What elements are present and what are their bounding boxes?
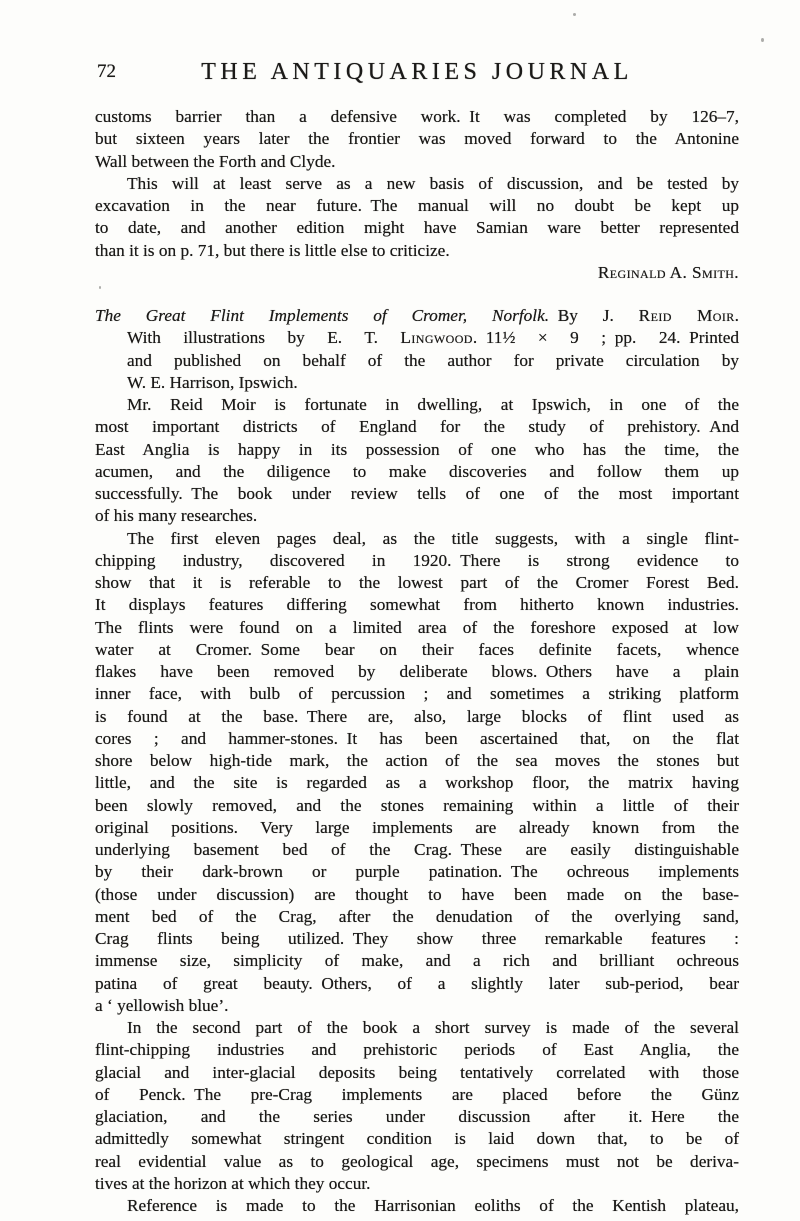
text-segment: With illustrations by E. T. — [127, 328, 400, 347]
text-segment: is found at the base. There are, also, l… — [95, 707, 739, 726]
text-segment: (those under discussion) are thought to … — [95, 885, 739, 904]
text-segment: of his many researches. — [95, 506, 257, 525]
text-segment: . 11½ × 9 ; pp. 24. Printed — [473, 328, 739, 347]
small-caps-name: Reid Moir — [639, 306, 735, 325]
scan-speck — [573, 13, 576, 16]
text-line: by their dark-brown or purple patination… — [95, 861, 739, 883]
text-segment: than it is on p. 71, but there is little… — [95, 241, 450, 260]
text-line: The Great Flint Implements of Cromer, No… — [95, 305, 739, 327]
text-line: W. E. Harrison, Ipswich. — [95, 372, 739, 394]
text-segment: glaciation, and the series under discuss… — [95, 1107, 739, 1126]
scanned-journal-page: 72 THE ANTIQUARIES JOURNAL customs barri… — [0, 0, 800, 1221]
text-segment: excavation in the near future. The manua… — [95, 196, 739, 215]
text-line: immense size, simplicity of make, and a … — [95, 950, 739, 972]
text-segment: This will at least serve as a new basis … — [127, 174, 739, 193]
text-segment: glacial and inter-glacial deposits being… — [95, 1063, 739, 1082]
text-line: most important districts of England for … — [95, 416, 739, 438]
paragraph: The first eleven pages deal, as the titl… — [95, 528, 739, 1018]
reviewer-signature: Reginald A. Smith. — [95, 262, 739, 284]
text-segment: shore below high-tide mark, the action o… — [95, 751, 739, 770]
text-segment: Crag flints being utilized. They show th… — [95, 929, 739, 948]
text-segment: ment bed of the Crag, after the denudati… — [95, 907, 739, 926]
text-line: of Penck. The pre-Crag implements are pl… — [95, 1084, 739, 1106]
scan-speck — [761, 38, 764, 42]
text-line: of his many researches. — [95, 505, 739, 527]
text-segment: Reference is made to the Harrisonian eol… — [127, 1196, 739, 1215]
book-title-italic: The Great Flint Implements of Cromer, No… — [95, 306, 549, 325]
text-segment: admittedly somewhat stringent condition … — [95, 1129, 739, 1148]
paragraph: Reference is made to the Harrisonian eol… — [95, 1195, 739, 1217]
text-segment: been slowly removed, and the stones rema… — [95, 796, 739, 815]
text-line: and published on behalf of the author fo… — [95, 350, 739, 372]
text-line: (those under discussion) are thought to … — [95, 884, 739, 906]
text-segment: water at Cromer. Some bear on their face… — [95, 640, 739, 659]
text-line: Mr. Reid Moir is fortunate in dwelling, … — [95, 394, 739, 416]
text-segment: of Penck. The pre-Crag implements are pl… — [95, 1085, 739, 1104]
paragraph: Mr. Reid Moir is fortunate in dwelling, … — [95, 394, 739, 528]
text-block: 72 THE ANTIQUARIES JOURNAL customs barri… — [95, 58, 739, 1217]
text-line: underlying basement bed of the Crag. The… — [95, 839, 739, 861]
text-line: In the second part of the book a short s… — [95, 1017, 739, 1039]
text-segment: tives at the horizon at which they occur… — [95, 1174, 370, 1193]
text-segment: and published on behalf of the author fo… — [127, 351, 739, 370]
text-line: excavation in the near future. The manua… — [95, 195, 739, 217]
text-segment: immense size, simplicity of make, and a … — [95, 951, 739, 970]
text-line: cores ; and hammer-stones. It has been a… — [95, 728, 739, 750]
text-line: real evidential value as to geological a… — [95, 1151, 739, 1173]
text-segment: a ‘ yellowish blue’. — [95, 996, 228, 1015]
text-segment: In the second part of the book a short s… — [127, 1018, 739, 1037]
text-line: a ‘ yellowish blue’. — [95, 995, 739, 1017]
text-line: glaciation, and the series under discuss… — [95, 1106, 739, 1128]
text-segment: to date, and another edition might have … — [95, 218, 739, 237]
text-segment: real evidential value as to geological a… — [95, 1152, 739, 1171]
running-head-journal-title: THE ANTIQUARIES JOURNAL — [95, 58, 739, 86]
text-line: been slowly removed, and the stones rema… — [95, 795, 739, 817]
text-line: customs barrier than a defensive work. I… — [95, 106, 739, 128]
text-segment: flint-chipping industries and prehistori… — [95, 1040, 739, 1059]
text-segment: The first eleven pages deal, as the titl… — [127, 529, 739, 548]
text-line: This will at least serve as a new basis … — [95, 173, 739, 195]
text-segment: inner face, with bulb of percussion ; an… — [95, 684, 739, 703]
text-segment: customs barrier than a defensive work. I… — [95, 107, 739, 126]
text-segment: W. E. Harrison, Ipswich. — [127, 373, 298, 392]
page-header: 72 THE ANTIQUARIES JOURNAL — [95, 58, 739, 86]
text-line: but sixteen years later the frontier was… — [95, 128, 739, 150]
text-line: is found at the base. There are, also, l… — [95, 706, 739, 728]
text-line: The first eleven pages deal, as the titl… — [95, 528, 739, 550]
book-review-heading: The Great Flint Implements of Cromer, No… — [95, 305, 739, 394]
text-segment: most important districts of England for … — [95, 417, 739, 436]
text-segment: patina of great beauty. Others, of a sli… — [95, 974, 739, 993]
text-segment: Mr. Reid Moir is fortunate in dwelling, … — [127, 395, 739, 414]
small-caps-name: Reginald A. Smith. — [598, 263, 739, 282]
text-line: acumen, and the diligence to make discov… — [95, 461, 739, 483]
text-line: glacial and inter-glacial deposits being… — [95, 1062, 739, 1084]
text-line: shore below high-tide mark, the action o… — [95, 750, 739, 772]
paragraph: In the second part of the book a short s… — [95, 1017, 739, 1195]
text-segment: little, and the site is regarded as a wo… — [95, 773, 739, 792]
text-segment: original positions. Very large implement… — [95, 818, 739, 837]
text-segment: by their dark-brown or purple patination… — [95, 862, 739, 881]
text-line: Reginald A. Smith. — [95, 262, 739, 284]
text-line: to date, and another edition might have … — [95, 217, 739, 239]
text-line: ment bed of the Crag, after the denudati… — [95, 906, 739, 928]
text-segment: It displays features differing somewhat … — [95, 595, 739, 614]
text-line: It displays features differing somewhat … — [95, 594, 739, 616]
text-line: little, and the site is regarded as a wo… — [95, 772, 739, 794]
text-line: than it is on p. 71, but there is little… — [95, 240, 739, 262]
text-segment: . — [735, 306, 739, 325]
text-segment: The flints were found on a limited area … — [95, 618, 739, 637]
text-line: inner face, with bulb of percussion ; an… — [95, 683, 739, 705]
text-line: flakes have been removed by deliberate b… — [95, 661, 739, 683]
text-segment: successfully. The book under review tell… — [95, 484, 739, 503]
paragraph: customs barrier than a defensive work. I… — [95, 106, 739, 173]
text-line: admittedly somewhat stringent condition … — [95, 1128, 739, 1150]
paragraph: This will at least serve as a new basis … — [95, 173, 739, 262]
text-line: Crag flints being utilized. They show th… — [95, 928, 739, 950]
text-line: water at Cromer. Some bear on their face… — [95, 639, 739, 661]
text-segment: East Anglia is happy in its possession o… — [95, 440, 739, 459]
text-line: patina of great beauty. Others, of a sli… — [95, 973, 739, 995]
page-body: customs barrier than a defensive work. I… — [95, 106, 739, 1217]
text-line: East Anglia is happy in its possession o… — [95, 439, 739, 461]
text-segment: Wall between the Forth and Clyde. — [95, 152, 336, 171]
text-segment: flakes have been removed by deliberate b… — [95, 662, 739, 681]
text-line: The flints were found on a limited area … — [95, 617, 739, 639]
text-line: flint-chipping industries and prehistori… — [95, 1039, 739, 1061]
text-segment: chipping industry, discovered in 1920. T… — [95, 551, 739, 570]
text-segment: underlying basement bed of the Crag. The… — [95, 840, 739, 859]
text-line: show that it is referable to the lowest … — [95, 572, 739, 594]
text-line: tives at the horizon at which they occur… — [95, 1173, 739, 1195]
page-number: 72 — [97, 58, 116, 86]
small-caps-name: Lingwood — [400, 328, 472, 347]
text-segment: cores ; and hammer-stones. It has been a… — [95, 729, 739, 748]
text-line: successfully. The book under review tell… — [95, 483, 739, 505]
text-segment: but sixteen years later the frontier was… — [95, 129, 739, 148]
text-line: original positions. Very large implement… — [95, 817, 739, 839]
text-line: Reference is made to the Harrisonian eol… — [95, 1195, 739, 1217]
text-line: chipping industry, discovered in 1920. T… — [95, 550, 739, 572]
text-line: With illustrations by E. T. Lingwood. 11… — [95, 327, 739, 349]
text-segment: By J. — [549, 306, 639, 325]
text-segment: show that it is referable to the lowest … — [95, 573, 739, 592]
text-segment: acumen, and the diligence to make discov… — [95, 462, 739, 481]
text-line: Wall between the Forth and Clyde. — [95, 151, 739, 173]
